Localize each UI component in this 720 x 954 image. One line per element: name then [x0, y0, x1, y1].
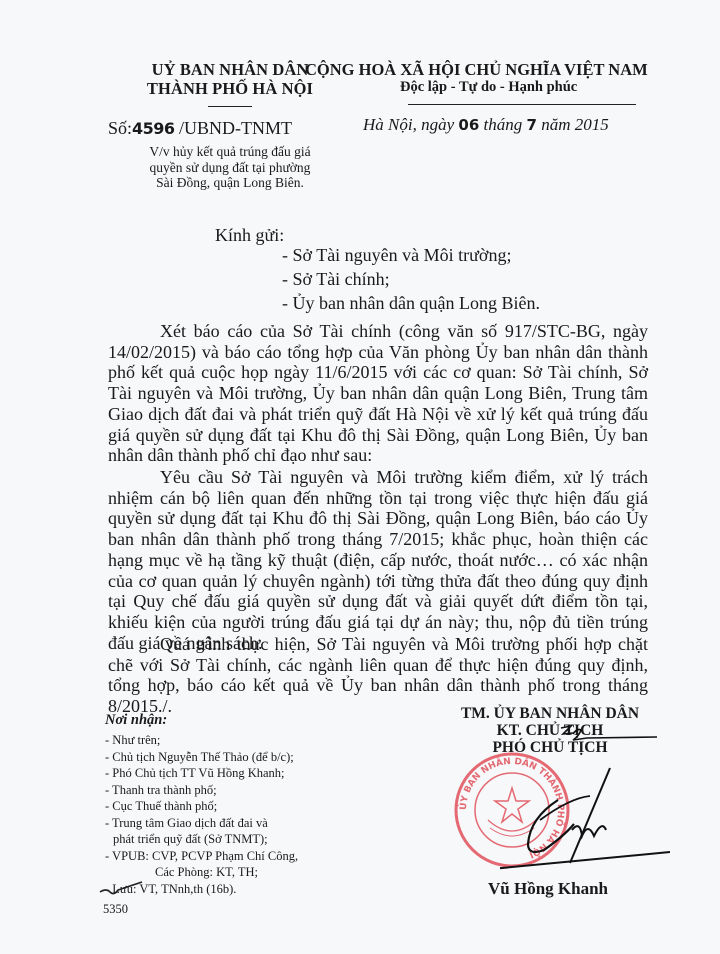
date-month-label: tháng — [479, 115, 526, 134]
body-paragraph-2: Yêu cầu Sở Tài nguyên và Môi trường kiểm… — [108, 467, 648, 653]
subject-line: V/v hủy kết quả trúng đấu giá — [100, 144, 360, 160]
distribution-item: - Trung tâm Giao dịch đất đai và — [105, 815, 365, 832]
header-divider — [208, 106, 252, 107]
recipient-item: - Ủy ban nhân dân quận Long Biên. — [282, 291, 540, 315]
national-motto: Độc lập - Tự do - Hạnh phúc — [305, 79, 660, 96]
document-number-suffix: /UBND-TNMT — [175, 118, 293, 138]
document-number-prefix: Số: — [108, 118, 132, 138]
date-year: năm 2015 — [537, 115, 609, 134]
recipient-item: - Sở Tài chính; — [282, 267, 540, 291]
recipient-item: - Sở Tài nguyên và Môi trường; — [282, 243, 540, 267]
distribution-item: - Thanh tra thành phố; — [105, 782, 365, 799]
distribution-item: - Phó Chủ tịch TT Vũ Hồng Khanh; — [105, 765, 365, 782]
paragraph-text: Quá trình thực hiện, Sở Tài nguyên và Mô… — [108, 634, 648, 716]
signer-name: Vũ Hồng Khanh — [448, 879, 648, 899]
recipients-label: Kính gửi: — [215, 225, 284, 246]
paragraph-text: Xét báo cáo của Sở Tài chính (công văn s… — [108, 321, 648, 465]
date-prefix: Hà Nội, ngày — [363, 115, 458, 134]
national-header: CỘNG HOÀ XÃ HỘI CHỦ NGHĨA VIỆT NAM Độc l… — [305, 60, 660, 135]
distribution-list: Nơi nhận: - Như trên; - Chủ tịch Nguyễn … — [105, 712, 365, 897]
distribution-item: - Như trên; — [105, 732, 365, 749]
issue-date: Hà Nội, ngày 06 tháng 7 năm 2015 — [305, 115, 660, 135]
document-subject: V/v hủy kết quả trúng đấu giá quyền sử d… — [100, 144, 360, 191]
distribution-item: phát triển quỹ đất (Sở TNMT); — [105, 831, 365, 848]
distribution-item: - VPUB: CVP, PCVP Phạm Chí Công, — [105, 848, 365, 865]
distribution-item: Các Phòng: KT, TH; — [105, 864, 365, 881]
document-number-handwritten: 4596 — [132, 119, 175, 138]
paraph-initials-icon — [555, 720, 665, 760]
initials-stroke-icon — [98, 880, 158, 900]
date-month-handwritten: 7 — [527, 116, 537, 134]
nation-title: CỘNG HOÀ XÃ HỘI CHỦ NGHĨA VIỆT NAM — [305, 60, 660, 79]
paragraph-text: Yêu cầu Sở Tài nguyên và Môi trường kiểm… — [108, 467, 648, 653]
distribution-item: - Cục Thuế thành phố; — [105, 798, 365, 815]
subject-line: Sài Đồng, quận Long Biên. — [100, 175, 360, 191]
archive-code: 5350 — [103, 902, 128, 917]
distribution-title: Nơi nhận: — [105, 712, 365, 729]
official-letter-page: UỶ BAN NHÂN DÂN THÀNH PHỐ HÀ NỘI Số:4596… — [0, 0, 720, 954]
handwritten-signature-icon — [500, 760, 670, 880]
recipients-list: - Sở Tài nguyên và Môi trường; - Sở Tài … — [282, 243, 540, 315]
motto-underline — [408, 104, 636, 105]
distribution-item: - Chủ tịch Nguyễn Thế Thảo (để b/c); — [105, 749, 365, 766]
subject-line: quyền sử dụng đất tại phường — [100, 160, 360, 176]
date-day-handwritten: 06 — [458, 116, 479, 134]
body-paragraph-1: Xét báo cáo của Sở Tài chính (công văn s… — [108, 321, 648, 466]
